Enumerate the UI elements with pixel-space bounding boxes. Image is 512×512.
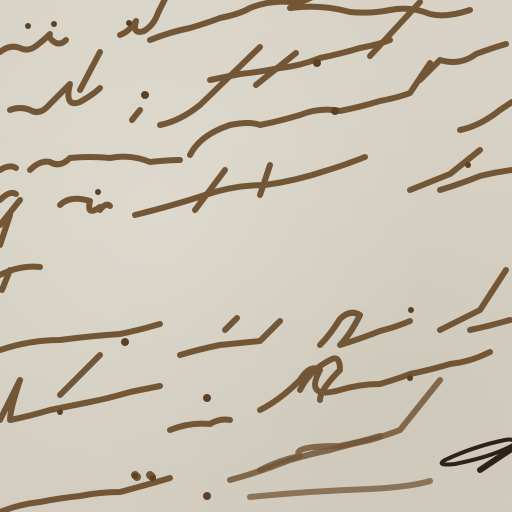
manuscript-line-2: alis; floribus ra... [0,60,258,95]
manuscript-line-9: Blosel 6 [230,440,351,475]
manuscript-line-4: ...orum [0,145,109,180]
manuscript-line-6: ...r [0,252,43,287]
manuscript-line-10: ...geniis [0,480,119,512]
manuscript-line-1: utrinque pilos [110,2,322,37]
manuscript-line-3: terminalib... [190,110,376,145]
manuscript-line-7: ...campis inter Ibis de... [0,320,359,355]
manuscript-line-8: ...Suize in Brovinc... [0,380,305,415]
manuscript-line-5: ...geris dentibus line... [0,178,341,213]
